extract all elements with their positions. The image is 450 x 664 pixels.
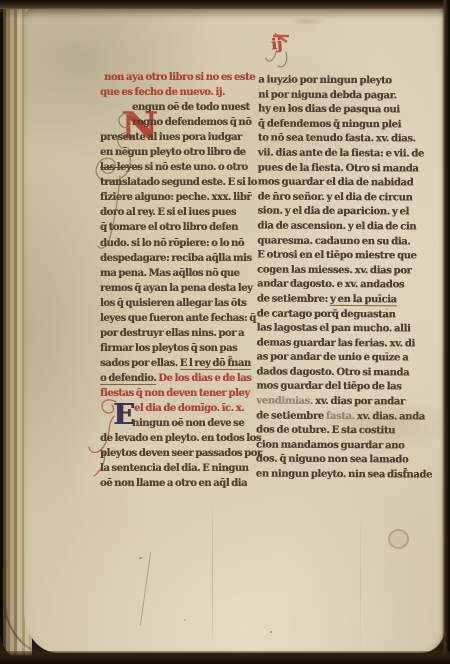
text-segment: nins. xyxy=(191,328,216,339)
manuscript-text-line: dados dagosto. Otro si manda xyxy=(256,365,428,381)
top-edge-shadow xyxy=(0,9,450,19)
text-segment: fiziere alguno: peche. xxx. libr̄ xyxy=(100,192,251,203)
manuscript-text-line: ningun oē non deve se xyxy=(100,416,252,431)
manuscript-text-line: en ningun pleyto. nin sea dīsf̄nade xyxy=(256,468,428,484)
text-segment: demas guardar las ferias. xv. di xyxy=(257,337,415,349)
text-segment: rogno defendemos q̄ nō xyxy=(132,117,251,128)
manuscript-text-line: dudo. si lo nō rōpiere: o lo nō xyxy=(100,236,252,251)
text-segment: cogen las miesses. xv. dias por xyxy=(257,264,411,276)
text-segment: remos q̄ ayan la pena desta ley xyxy=(100,283,252,294)
manuscript-text-line: mos guardar el dia de nabidad xyxy=(258,176,430,192)
manuscript-text-line: q̄ defendemos q̄ ningun plei xyxy=(258,117,430,133)
text-segment: por destruyr ellas xyxy=(100,328,191,339)
text-segment: doro al rey. E si el iues pues xyxy=(100,207,236,218)
text-segment: engun oē de todo nuest xyxy=(132,102,250,113)
text-segment: y en la puīcia xyxy=(330,294,397,306)
text-segment: ningun oē non deve se xyxy=(132,418,244,429)
text-segment: vii. dias ante de la fiesta: e vii. de xyxy=(258,147,424,159)
page-crease xyxy=(212,494,213,658)
manuscript-page: ij N E non aya otro libro si no es xyxy=(24,8,445,653)
manuscript-text-line: leyes que fueron ante fechas: q̄ xyxy=(100,311,252,326)
manuscript-text-line: en nēgun pleyto otro libro de xyxy=(100,145,252,160)
manuscript-text-line: remos q̄ ayan la pena desta ley xyxy=(100,281,252,296)
book-top-edge xyxy=(0,0,450,9)
text-segment: los q̄ quisieren allegar las ōts xyxy=(100,298,246,309)
text-segment: E l rey dō f̄nan xyxy=(180,358,251,370)
manuscript-text-line: por destruyr ellas nins. por a xyxy=(100,326,252,341)
text-segment: De los dias e de las xyxy=(156,373,251,384)
text-segment: hy en los dias de pasqua oui xyxy=(258,104,400,116)
text-segment: de levado en pleyto. en todos los xyxy=(100,433,261,444)
manuscript-text-line: translatado segund este. E si lo xyxy=(100,175,252,190)
manuscript-text-line: que es fecho de nuevo. ij. xyxy=(100,85,252,100)
manuscript-text-line: de n̄ro señor. y el dia de circun xyxy=(257,190,429,206)
text-segment: pleytos deven seer passados por xyxy=(100,448,262,459)
text-segment: a iuyzio por ningun pleyto xyxy=(258,74,391,86)
manuscript-text-line: sion. y el dia de aparicion. y el xyxy=(257,205,429,221)
text-segment: leyes que fueron ante fechas: q̄ xyxy=(100,313,256,324)
manuscript-photo: ij N E non aya otro libro si no es xyxy=(0,0,450,664)
text-segment: q̄ tomare el otro libro defen xyxy=(100,222,238,233)
manuscript-text-line: o defendio. De los dias e de las xyxy=(100,371,252,386)
text-segment: as por andar de unio e quīze a xyxy=(256,352,408,364)
text-segment: vendimias. xyxy=(256,396,313,407)
text-segment: fiestas q̄ non deven tener pley xyxy=(100,388,250,399)
manuscript-text-line: pleytos deven seer passados por xyxy=(100,446,252,461)
manuscript-text-line: presente al iues pora iudgar xyxy=(100,130,252,145)
text-segment: el dia de domīgo. ı̄c. x. xyxy=(134,403,244,414)
manuscript-text-line: despedagare: reciba aq̄lla mis xyxy=(100,251,252,266)
text-segment: quaresma. cadauno en su dia. xyxy=(257,235,410,247)
text-segment: firmar los pleytos q̄ son pas xyxy=(100,343,237,354)
scratch-mark xyxy=(140,552,151,625)
manuscript-text-line: dos. q̄ niguno non sea lamado xyxy=(256,453,428,469)
text-segment: non aya otro libro si no es este xyxy=(104,72,255,83)
manuscript-text-line: sados por ellas. E l rey dō f̄nan xyxy=(100,356,252,371)
manuscript-text-line: las leyes si nō este uno. o otro xyxy=(100,160,252,175)
manuscript-text-line: hy en los dias de pasqua oui xyxy=(258,103,430,119)
manuscript-text-line: q̄ tomare el otro libro defen xyxy=(100,220,252,235)
text-segment: de n̄ro señor. y el dia de circun xyxy=(257,191,412,203)
text-segment: oē non llame a otro en aq̄l dia xyxy=(100,478,247,489)
ring-stain xyxy=(388,529,409,549)
ink-bleed-smudge xyxy=(310,396,450,454)
manuscript-text-line: de levado en pleyto. en todos los xyxy=(100,431,252,446)
manuscript-text-line: demas guardar las ferias. xv. di xyxy=(257,336,429,352)
text-segment: que es fecho de nuevo. ij. xyxy=(100,87,225,98)
text-segment: dos. q̄ niguno non sea lamado xyxy=(256,454,408,466)
book-right-edge xyxy=(442,0,450,664)
text-segment: mos guardar del tiēpo de las xyxy=(256,381,401,393)
text-segment: por a xyxy=(216,328,244,339)
manuscript-text-line: de setiembre: y en la puīcia xyxy=(257,292,429,308)
text-segment: dia de ascension. y el dia de cin xyxy=(257,220,416,232)
text-segment: las lagostas el pan mucho. alli xyxy=(257,323,411,335)
text-segment: de cartago porq̄ deguastan xyxy=(257,308,396,320)
manuscript-text-line: firmar los pleytos q̄ son pas xyxy=(100,341,252,356)
text-segment: sados por ellas. xyxy=(100,358,180,369)
text-segment: sion. y el dia de aparicion. y el xyxy=(257,206,409,218)
manuscript-text-line: fiestas q̄ non deven tener pley xyxy=(100,386,252,401)
text-segment: mos guardar el dia de nabidad xyxy=(258,177,414,189)
ink-speck xyxy=(386,308,388,310)
manuscript-text-line: cogen las miesses. xv. dias por xyxy=(257,263,429,279)
text-segment: de setiembre: xyxy=(257,293,330,304)
text-segment: presente al iues pora iudgar xyxy=(100,132,242,143)
text-segment: las leyes xyxy=(100,162,142,173)
text-segment: en nēgun pleyto otro libro de xyxy=(100,147,246,158)
manuscript-text-line: doro al rey. E si el iues pues xyxy=(100,205,252,220)
manuscript-text-line: engun oē de todo nuest xyxy=(100,100,252,115)
manuscript-text-line: non aya otro libro si no es este xyxy=(100,70,252,85)
text-segment: la sentencia del dia. E ningun xyxy=(100,463,248,474)
manuscript-text-line: de cartago porq̄ deguastan xyxy=(257,307,429,323)
manuscript-text-line: oē non llame a otro en aq̄l dia xyxy=(100,476,252,491)
manuscript-text-line: la sentencia del dia. E ningun xyxy=(100,461,252,476)
manuscript-text-line: as por andar de unio e quīze a xyxy=(256,351,428,367)
text-segment: q̄ defendemos q̄ ningun plei xyxy=(258,118,401,130)
manuscript-text-line: E otrosi en el tiēpo miestre que xyxy=(257,249,429,265)
manuscript-text-line: ni por niguna debda pagar. xyxy=(258,88,430,104)
text-segment: en ningun pleyto. nin sea dīsf̄nade xyxy=(256,469,432,481)
manuscript-text-line: quaresma. cadauno en su dia. xyxy=(257,234,429,250)
text-segment: dados dagosto. Otro si manda xyxy=(256,366,409,378)
text-segment: translatado segund este. E si lo xyxy=(100,177,257,188)
ink-speck xyxy=(270,631,272,633)
ink-speck xyxy=(139,557,142,559)
text-segment: despedagare: reciba aq̄lla mis xyxy=(100,253,252,264)
manuscript-text-line: dia de ascension. y el dia de cin xyxy=(257,219,429,235)
manuscript-text-line: las lagostas el pan mucho. alli xyxy=(257,322,429,338)
text-segment: dudo. si lo nō rōpiere: o lo nō xyxy=(100,238,244,249)
text-segment: pues de la fiesta. Otro si manda xyxy=(258,162,419,174)
manuscript-text-line: rogno defendemos q̄ nō xyxy=(100,115,252,130)
manuscript-text-line: los q̄ quisieren allegar las ōts xyxy=(100,296,252,311)
manuscript-text-line: pues de la fiesta. Otro si manda xyxy=(258,161,430,177)
ink-speck xyxy=(184,619,186,621)
manuscript-text-line: a iuyzio por ningun pleyto xyxy=(258,73,430,89)
text-segment: to nō sea tenudo fasta. xv. dias. xyxy=(258,133,416,145)
manuscript-text-line: fiziere alguno: peche. xxx. libr̄ xyxy=(100,190,252,205)
manuscript-text-line: andar dagosto. e xv. andados xyxy=(257,278,429,294)
text-segment: si nō este uno. o otro xyxy=(142,162,247,173)
text-segment: o defendio. xyxy=(100,373,156,385)
text-segment: andar dagosto. e xv. andados xyxy=(257,279,404,291)
manuscript-text-line: to nō sea tenudo fasta. xv. dias. xyxy=(258,132,430,148)
page-crease xyxy=(360,508,361,658)
text-segment: ma pena. Mas aq̄llos nō que xyxy=(100,268,239,279)
manuscript-text-line: ma pena. Mas aq̄llos nō que xyxy=(100,266,252,281)
manuscript-text-line: el dia de domīgo. ı̄c. x. xyxy=(100,401,252,416)
text-segment: ni por niguna debda pagar. xyxy=(258,89,397,101)
text-column-left: non aya otro libro si no es esteque es f… xyxy=(100,70,252,491)
quire-mark-flourish-icon xyxy=(265,32,297,76)
book-bottom-edge xyxy=(0,651,450,664)
text-segment: E otrosi en el tiēpo miestre que xyxy=(257,250,417,262)
manuscript-text-line: mos guardar del tiēpo de las xyxy=(256,380,428,396)
manuscript-text-line: vii. dias ante de la fiesta: e vii. de xyxy=(258,146,430,162)
